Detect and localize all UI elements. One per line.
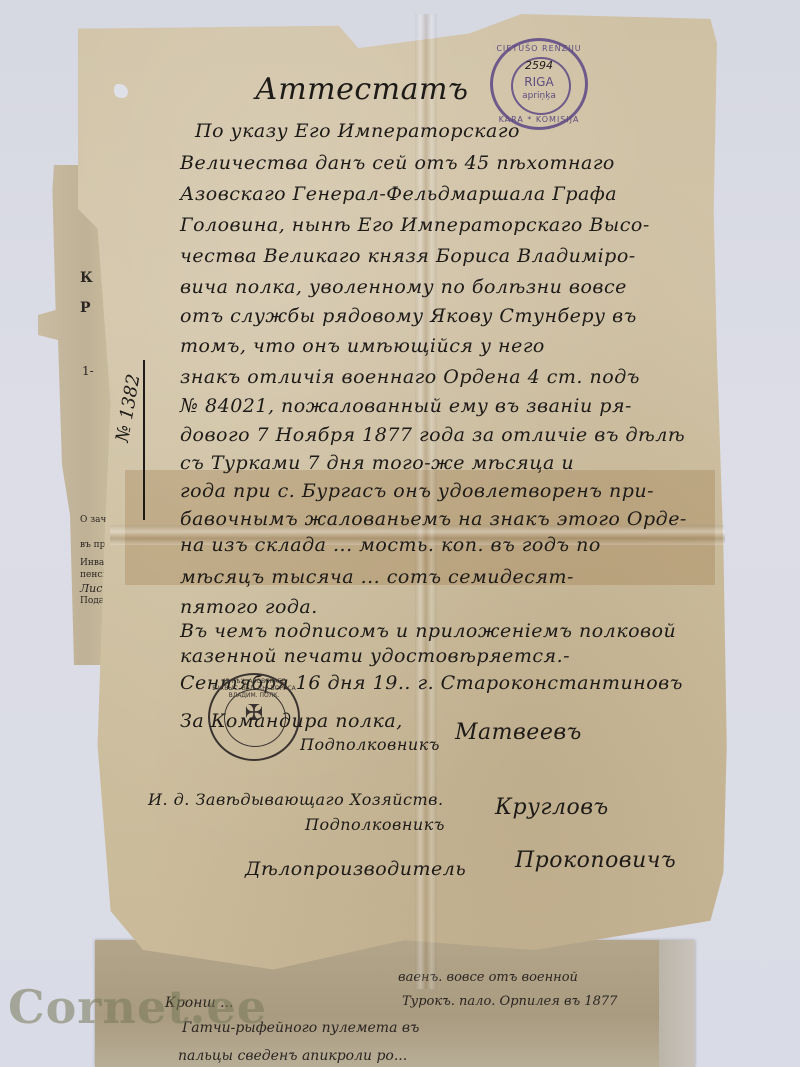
body-line-14: бавочнымъ жалованьемъ на знакъ этого Орд… [180,508,687,530]
body-line-16: мѣсяцъ тысяча ... сотъ семидесят- [180,566,574,588]
body-line-9: знакъ отличiя военнаго Ордена 4 ст. подъ [180,366,640,388]
body-line-11: дового 7 Ноября 1877 года за отличiе въ … [180,424,685,446]
margin-rule [143,360,145,520]
body-line-4: Головина, нынѣ Его Императорскаго Высо- [180,214,650,236]
document-title: Аттестатъ [255,72,468,107]
commander-rank: Подполковникъ [300,735,440,754]
handwritten-text-layer: Аттестатъ CIETUŠO RENZIJU 2594 RIGA apri… [0,0,800,1067]
stamp-number: 2594 [493,59,585,72]
stamp-ring-text-top: CIETUŠO RENZIJU [493,44,585,53]
body-line-18: Въ чемъ подписомъ и приложенiемъ полково… [180,620,676,642]
body-line-15: на изъ склада ... мость. коп. въ годъ по [180,534,601,556]
body-line-6: вича полка, уволенному по болѣзни вовсе [180,276,627,298]
commander-signature: Матвеевъ [455,720,582,745]
quartermaster-line: И. д. Завѣдывающаго Хозяйств. [148,790,444,809]
body-line-10: № 84021, пожалованный ему въ званiи ря- [180,395,632,417]
body-line-13: года при с. Бургасъ онъ удовлетворенъ пр… [180,480,654,502]
stamp-city: RIGA [493,75,585,89]
body-line-17: пятого года. [180,596,318,618]
stamp-sub: apriņķa [493,91,585,101]
commander-line: За Командира полка, [180,710,403,732]
body-line-1: По указу Его Императорскаго [195,120,520,142]
body-line-3: Азовскаго Генерал-Фельдмаршала Графа [180,183,617,205]
quartermaster-signature: Кругловъ [495,795,609,820]
clerk-signature: Прокоповичъ [515,848,676,873]
body-line-12: съ Турками 7 дня того-же мѣсяца и [180,452,574,474]
margin-registration-number: № 1382 [112,372,145,443]
cornet-watermark: Cornet.ee [8,980,267,1034]
body-line-5: чества Великаго князя Бориса Владимiро- [180,245,636,267]
clerk-line: Дѣлопроизводитель [245,858,466,880]
body-line-2: Величества данъ сей отъ 45 пѣхотнаго [180,152,615,174]
quartermaster-rank: Подполковникъ [305,815,445,834]
body-line-19: казенной печати удостовѣряется.- [180,645,570,667]
body-line-7: отъ службы рядовому Якову Стунберу въ [180,305,637,327]
body-line-8: томъ, что онъ имѣющiйся у него [180,335,545,357]
latvian-commission-stamp: CIETUŠO RENZIJU 2594 RIGA apriņķa KARA *… [490,38,588,130]
